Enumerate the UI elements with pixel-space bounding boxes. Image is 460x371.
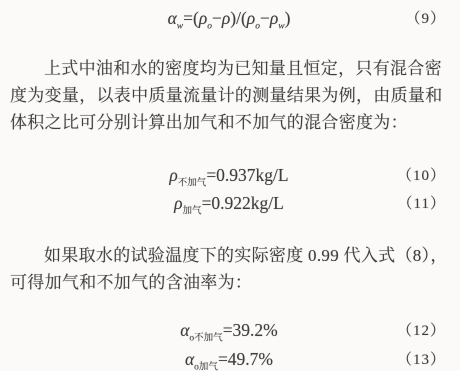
equation-row-11: ρ加气=0.922kg/L （11） xyxy=(10,191,448,215)
text-line: 上式中油和水的密度均为已知量且恒定，只有混合密 xyxy=(10,55,448,82)
equation-number-11: （11） xyxy=(398,192,446,216)
text-line: 体积之比可分别计算出加气和不加气的混合密度为： xyxy=(10,109,448,136)
equation-formula-10: ρ不加气=0.937kg/L xyxy=(169,165,288,185)
equation-formula-12: αo不加气=39.2% xyxy=(180,320,278,340)
text-line: 度为变量，以表中质量流量计的测量结果为例，由质量和 xyxy=(10,82,448,109)
equation-row-9: αw=(ρo−ρ)/(ρo−ρw) （9） xyxy=(10,6,448,30)
paragraph-1: 上式中油和水的密度均为已知量且恒定，只有混合密 度为变量，以表中质量流量计的测量… xyxy=(10,55,448,136)
text-line: 如果取水的试验温度下的实际密度 0.99 代入式（8）， xyxy=(10,242,448,269)
equation-row-12: αo不加气=39.2% （12） xyxy=(10,318,448,342)
paragraph-2: 如果取水的试验温度下的实际密度 0.99 代入式（8）， 可得加气和不加气的含油… xyxy=(10,242,448,296)
equation-formula-9: αw=(ρo−ρ)/(ρo−ρw) xyxy=(168,8,291,28)
text-line: 可得加气和不加气的含油率为： xyxy=(10,269,448,296)
equation-number-13: （13） xyxy=(397,348,446,371)
equation-formula-11: ρ加气=0.922kg/L xyxy=(174,193,284,213)
equation-row-10: ρ不加气=0.937kg/L （10） xyxy=(10,163,448,187)
equation-number-12: （12） xyxy=(397,319,446,343)
scanned-document-page: αw=(ρo−ρ)/(ρo−ρw) （9） 上式中油和水的密度均为已知量且恒定，… xyxy=(0,6,460,371)
equation-number-10: （10） xyxy=(397,164,446,188)
equation-formula-13: αo加气=49.7% xyxy=(185,349,273,369)
equation-row-13: αo加气=49.7% （13） xyxy=(10,347,448,371)
equation-number-9: （9） xyxy=(405,7,446,31)
